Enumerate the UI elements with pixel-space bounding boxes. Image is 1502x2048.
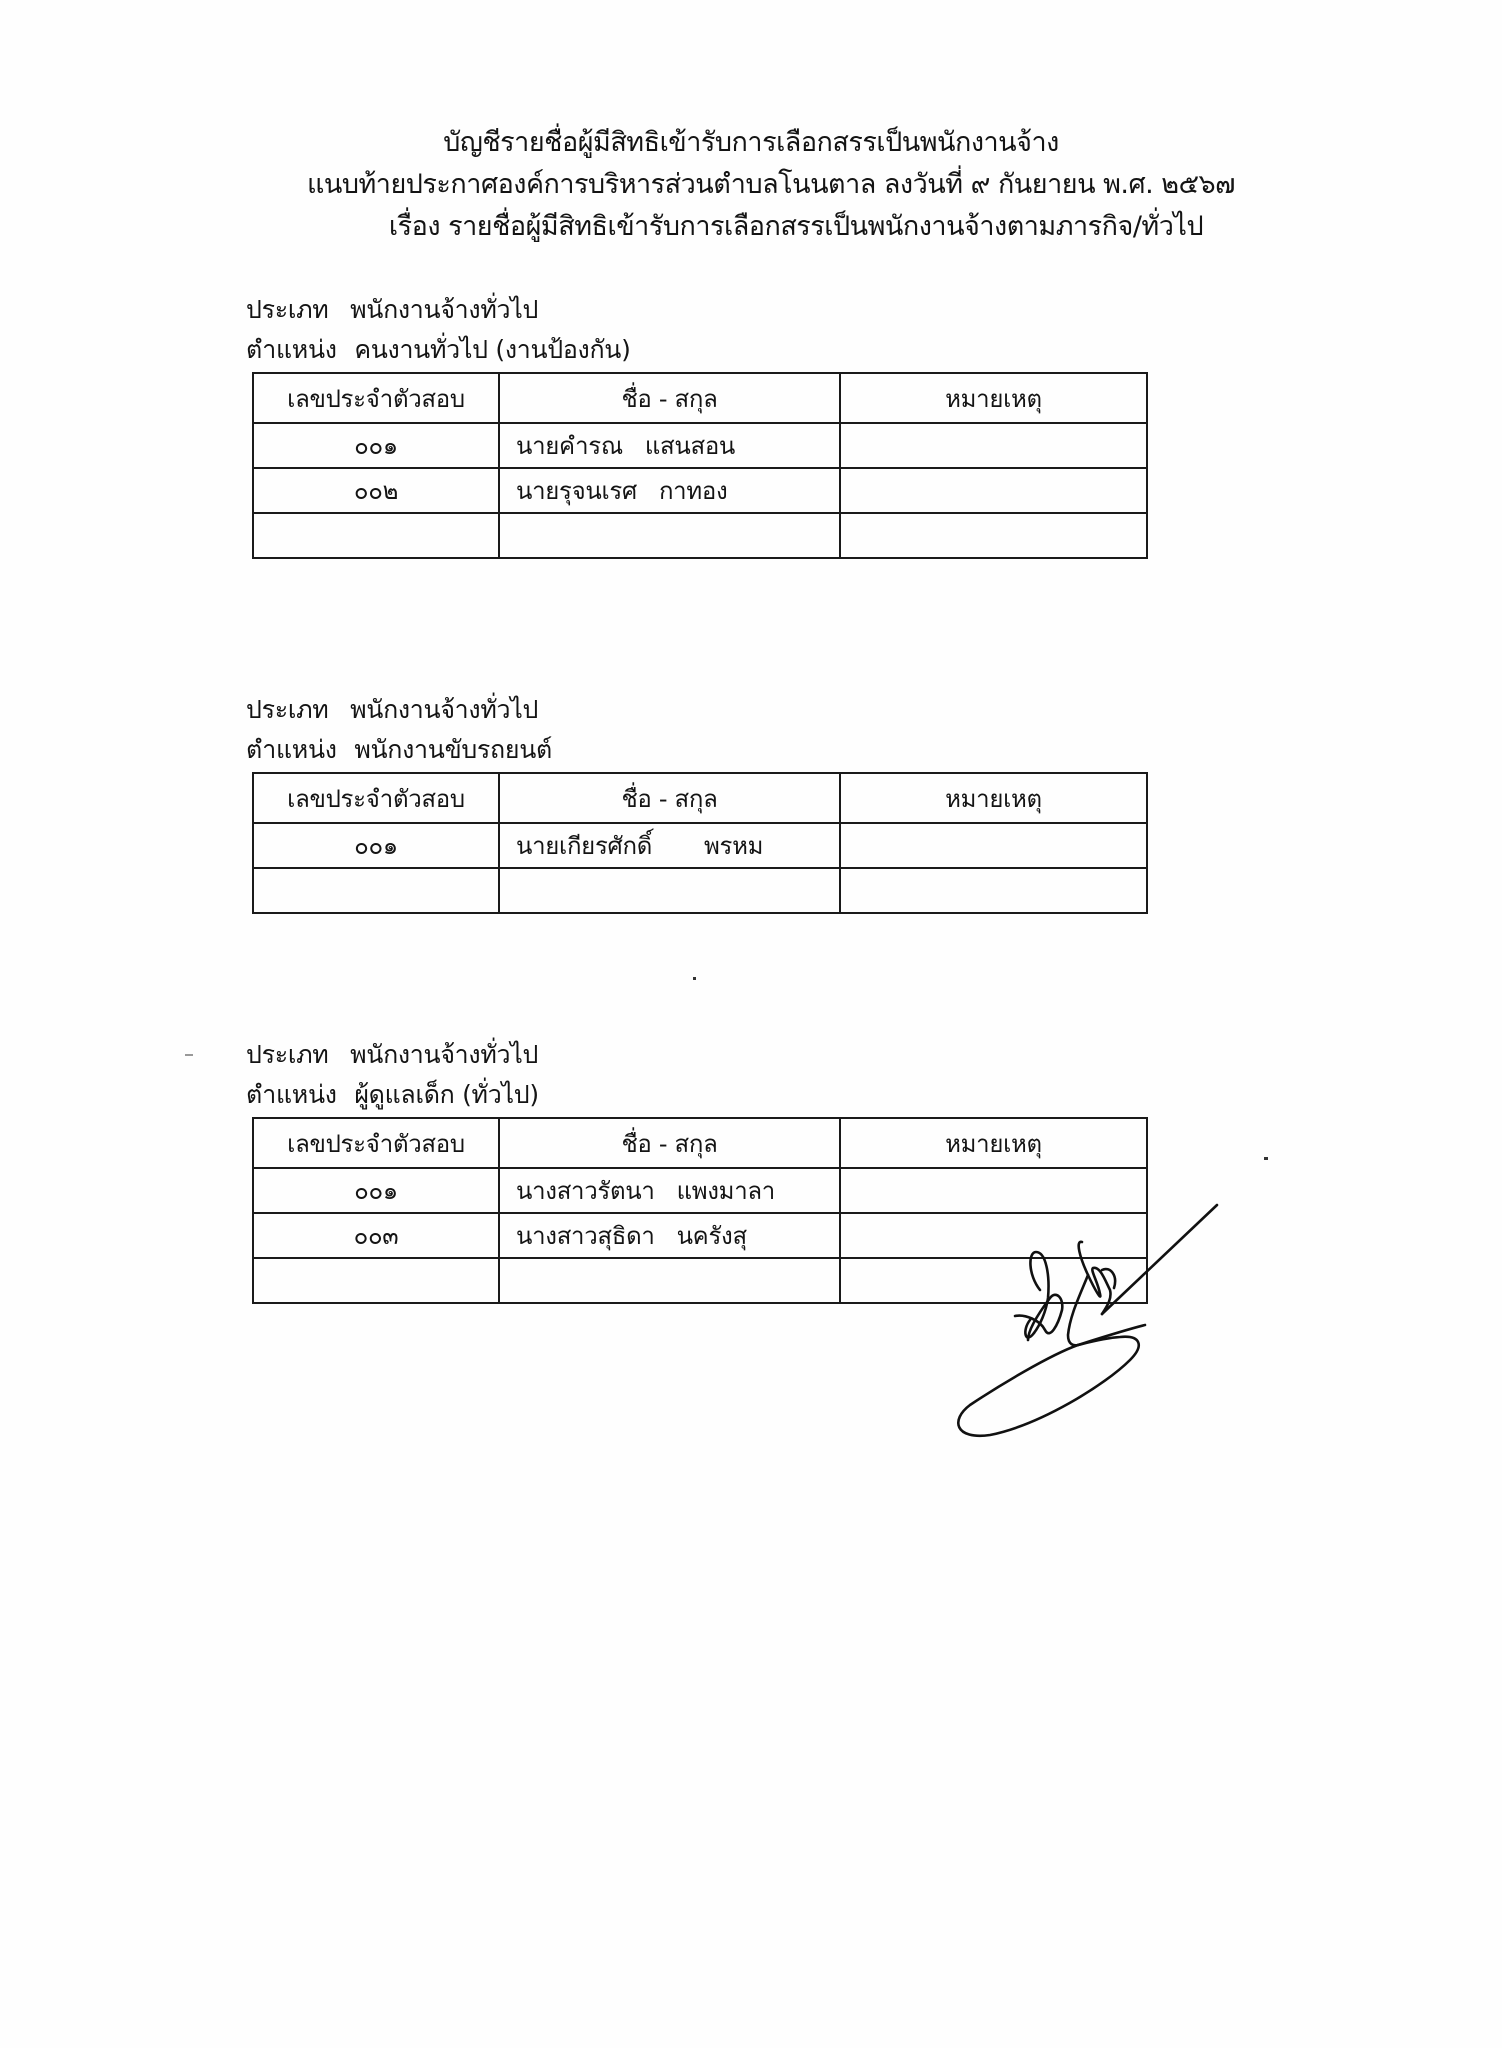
position-line: ตำแหน่ง คนงานทั่วไป (งานป้องกัน) <box>246 330 1148 370</box>
type-label: ประเภท <box>246 295 328 324</box>
table-row: ๐๐๑ นายเกียรศักดิ์พรหม <box>253 823 1147 868</box>
full-name: นายเกียรศักดิ์พรหม <box>499 823 840 868</box>
exam-id <box>253 1258 499 1303</box>
last-name: แสนสอน <box>645 432 735 460</box>
remark <box>840 868 1147 913</box>
first-name: นายเกียรศักดิ์ <box>516 832 652 860</box>
header-exam-id: เลขประจำตัวสอบ <box>253 373 499 423</box>
header-subject: เรื่อง รายชื่อผู้มีสิทธิเข้ารับการเลือกส… <box>0 206 1502 248</box>
exam-id: ๐๐๑ <box>253 1168 499 1213</box>
remark <box>840 513 1147 558</box>
position-label: ตำแหน่ง <box>246 1080 337 1109</box>
table-header-row: เลขประจำตัวสอบ ชื่อ - สกุล หมายเหตุ <box>253 1118 1147 1168</box>
header-exam-id: เลขประจำตัวสอบ <box>253 1118 499 1168</box>
remark <box>840 423 1147 468</box>
first-name: นางสาวสุธิดา <box>516 1222 655 1250</box>
last-name: กาทอง <box>659 477 727 505</box>
exam-id <box>253 513 499 558</box>
table-header-row: เลขประจำตัวสอบ ชื่อ - สกุล หมายเหตุ <box>253 773 1147 823</box>
last-name: แพงมาลา <box>677 1177 775 1205</box>
employment-type: ประเภท พนักงานจ้างทั่วไป <box>246 290 1148 330</box>
full-name: นางสาวรัตนาแพงมาลา <box>499 1168 840 1213</box>
header-announcement-ref: แนบท้ายประกาศองค์การบริหารส่วนตำบลโนนตาล… <box>0 164 1502 206</box>
scan-speck <box>1264 1157 1268 1160</box>
exam-id: ๐๐๑ <box>253 423 499 468</box>
header-full-name: ชื่อ - สกุล <box>499 373 840 423</box>
scan-speck <box>185 1054 193 1056</box>
signature-icon <box>930 1180 1260 1450</box>
full-name <box>499 513 840 558</box>
type-label: ประเภท <box>246 695 328 724</box>
document-header: บัญชีรายชื่อผู้มีสิทธิเข้ารับการเลือกสรร… <box>0 122 1502 248</box>
header-remark: หมายเหตุ <box>840 773 1147 823</box>
section-general-worker-prevention: ประเภท พนักงานจ้างทั่วไป ตำแหน่ง คนงานทั… <box>246 290 1148 559</box>
remark <box>840 468 1147 513</box>
first-name: นางสาวรัตนา <box>516 1177 655 1205</box>
type-label: ประเภท <box>246 1040 328 1069</box>
position-value: คนงานทั่วไป (งานป้องกัน) <box>354 335 630 364</box>
full-name: นายคำรณแสนสอน <box>499 423 840 468</box>
header-full-name: ชื่อ - สกุล <box>499 1118 840 1168</box>
last-name: นครังสุ <box>677 1222 747 1250</box>
header-exam-id: เลขประจำตัวสอบ <box>253 773 499 823</box>
section-driver: ประเภท พนักงานจ้างทั่วไป ตำแหน่ง พนักงาน… <box>246 690 1148 914</box>
exam-id: ๐๐๑ <box>253 823 499 868</box>
employment-type: ประเภท พนักงานจ้างทั่วไป <box>246 1035 1148 1075</box>
first-name: นายรุจนเรศ <box>516 477 637 505</box>
scan-speck <box>693 977 696 980</box>
last-name: พรหม <box>704 832 763 860</box>
position-label: ตำแหน่ง <box>246 735 337 764</box>
header-remark: หมายเหตุ <box>840 1118 1147 1168</box>
table-row: ๐๐๒ นายรุจนเรศกาทอง <box>253 468 1147 513</box>
first-name: นายคำรณ <box>516 432 623 460</box>
full-name: นางสาวสุธิดานครังสุ <box>499 1213 840 1258</box>
full-name: นายรุจนเรศกาทอง <box>499 468 840 513</box>
position-line: ตำแหน่ง ผู้ดูแลเด็ก (ทั่วไป) <box>246 1075 1148 1115</box>
position-value: พนักงานขับรถยนต์ <box>354 735 552 764</box>
type-value: พนักงานจ้างทั่วไป <box>350 695 538 724</box>
exam-id: ๐๐๒ <box>253 468 499 513</box>
candidate-table: เลขประจำตัวสอบ ชื่อ - สกุล หมายเหตุ ๐๐๑ … <box>252 772 1148 914</box>
position-value: ผู้ดูแลเด็ก (ทั่วไป) <box>354 1080 538 1109</box>
employment-type: ประเภท พนักงานจ้างทั่วไป <box>246 690 1148 730</box>
header-remark: หมายเหตุ <box>840 373 1147 423</box>
type-value: พนักงานจ้างทั่วไป <box>350 295 538 324</box>
candidate-table: เลขประจำตัวสอบ ชื่อ - สกุล หมายเหตุ ๐๐๑ … <box>252 372 1148 559</box>
table-row: ๐๐๑ นายคำรณแสนสอน <box>253 423 1147 468</box>
full-name <box>499 1258 840 1303</box>
position-line: ตำแหน่ง พนักงานขับรถยนต์ <box>246 730 1148 770</box>
table-row-empty <box>253 868 1147 913</box>
table-header-row: เลขประจำตัวสอบ ชื่อ - สกุล หมายเหตุ <box>253 373 1147 423</box>
header-title: บัญชีรายชื่อผู้มีสิทธิเข้ารับการเลือกสรร… <box>0 122 1502 164</box>
remark <box>840 823 1147 868</box>
type-value: พนักงานจ้างทั่วไป <box>350 1040 538 1069</box>
document-page: บัญชีรายชื่อผู้มีสิทธิเข้ารับการเลือกสรร… <box>0 0 1502 2048</box>
header-full-name: ชื่อ - สกุล <box>499 773 840 823</box>
full-name <box>499 868 840 913</box>
exam-id: ๐๐๓ <box>253 1213 499 1258</box>
table-row-empty <box>253 513 1147 558</box>
exam-id <box>253 868 499 913</box>
position-label: ตำแหน่ง <box>246 335 337 364</box>
